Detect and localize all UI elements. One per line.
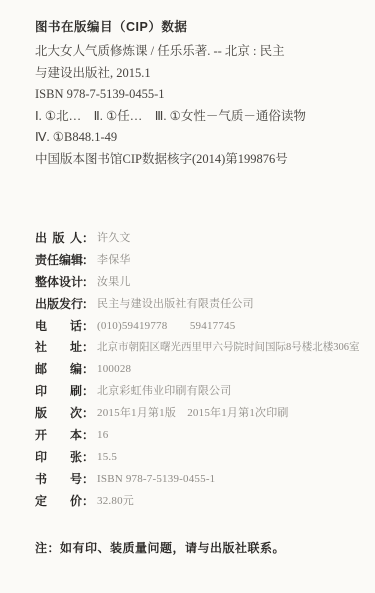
row-colon: ： [82,447,94,469]
cip-block: 北大女人气质修炼课 / 任乐乐著. -- 北京 : 民主 与建设出版社, 201… [35,41,365,170]
cip-line-classification: Ⅰ. ①北… Ⅱ. ①任… Ⅲ. ①女性－气质－通俗读物 [35,106,365,128]
info-row-sheets: 印张：15.5 [35,447,375,469]
row-colon: ： [82,491,94,513]
row-value: 100028 [97,359,131,381]
row-label: 开本 [35,425,82,447]
cip-line-book-title: 北大女人气质修炼课 / 任乐乐著. -- 北京 : 民主 [35,41,365,63]
info-row-isbn: 书号：ISBN 978-7-5139-0455-1 [35,469,375,491]
row-value: 北京彩虹伟业印刷有限公司 [97,381,231,403]
row-colon: ： [82,403,94,425]
row-value: 16 [97,425,108,447]
row-label: 版次 [35,403,82,425]
info-row-postcode: 邮编：100028 [35,359,375,381]
copyright-page: 图书在版编目（CIP）数据 北大女人气质修炼课 / 任乐乐著. -- 北京 : … [0,0,375,593]
row-value: 32.80元 [97,491,134,513]
row-colon: ： [82,228,94,250]
info-row-editor: 责任编辑：李保华 [35,250,375,272]
row-label: 责任编辑 [35,250,82,272]
info-row-designer: 整体设计：汝果儿 [35,272,375,294]
info-row-edition: 版次：2015年1月第1版 2015年1月第1次印刷 [35,403,375,425]
row-colon: ： [82,337,94,359]
row-value: 民主与建设出版社有限责任公司 [97,294,254,316]
info-row-printer: 印刷：北京彩虹伟业印刷有限公司 [35,381,375,403]
row-label: 书号 [35,469,82,491]
info-row-price: 定价：32.80元 [35,491,375,513]
info-row-format: 开本：16 [35,425,375,447]
row-colon: ： [82,359,94,381]
row-colon: ： [82,425,94,447]
row-value: (010)59419778 59417745 [97,316,235,338]
cip-line-class-number: Ⅳ. ①B848.1-49 [35,127,365,149]
info-row-phone: 电话：(010)59419778 59417745 [35,316,375,338]
row-colon: ： [82,316,94,338]
publication-info-list: 出版人：许久文 责任编辑：李保华 整体设计：汝果儿 出版发行：民主与建设出版社有… [35,228,375,513]
info-row-publisher-person: 出版人：许久文 [35,228,375,250]
cip-line-publisher: 与建设出版社, 2015.1 [35,63,365,85]
row-colon: ： [82,272,94,294]
row-value: 北京市朝阳区曙光西里甲六号院时间国际8号楼北楼306室 [97,337,360,359]
row-value: 15.5 [97,447,117,469]
row-label: 定价 [35,491,82,513]
row-label: 邮编 [35,359,82,381]
row-label: 出版人 [35,228,82,250]
row-colon: ： [82,381,94,403]
cip-block-title: 图书在版编目（CIP）数据 [35,17,187,35]
cip-line-isbn: ISBN 978-7-5139-0455-1 [35,84,365,106]
row-value: 汝果儿 [97,272,131,294]
row-label: 整体设计 [35,272,82,294]
row-label: 社址 [35,337,82,359]
cip-line-record-number: 中国版本图书馆CIP数据核字(2014)第199876号 [35,149,365,171]
row-value: 2015年1月第1版 2015年1月第1次印刷 [97,403,289,425]
row-colon: ： [82,250,94,272]
row-label: 出版发行 [35,294,82,316]
row-label: 电话 [35,316,82,338]
row-value: 李保华 [97,250,131,272]
row-colon: ： [82,294,94,316]
quality-note: 注：如有印、装质量问题，请与出版社联系。 [35,539,285,556]
row-colon: ： [82,469,94,491]
info-row-address: 社址：北京市朝阳区曙光西里甲六号院时间国际8号楼北楼306室 [35,337,375,359]
row-label: 印刷 [35,381,82,403]
row-value: 许久文 [97,228,131,250]
info-row-publishing-house: 出版发行：民主与建设出版社有限责任公司 [35,294,375,316]
row-label: 印张 [35,447,82,469]
row-value: ISBN 978-7-5139-0455-1 [97,469,215,491]
